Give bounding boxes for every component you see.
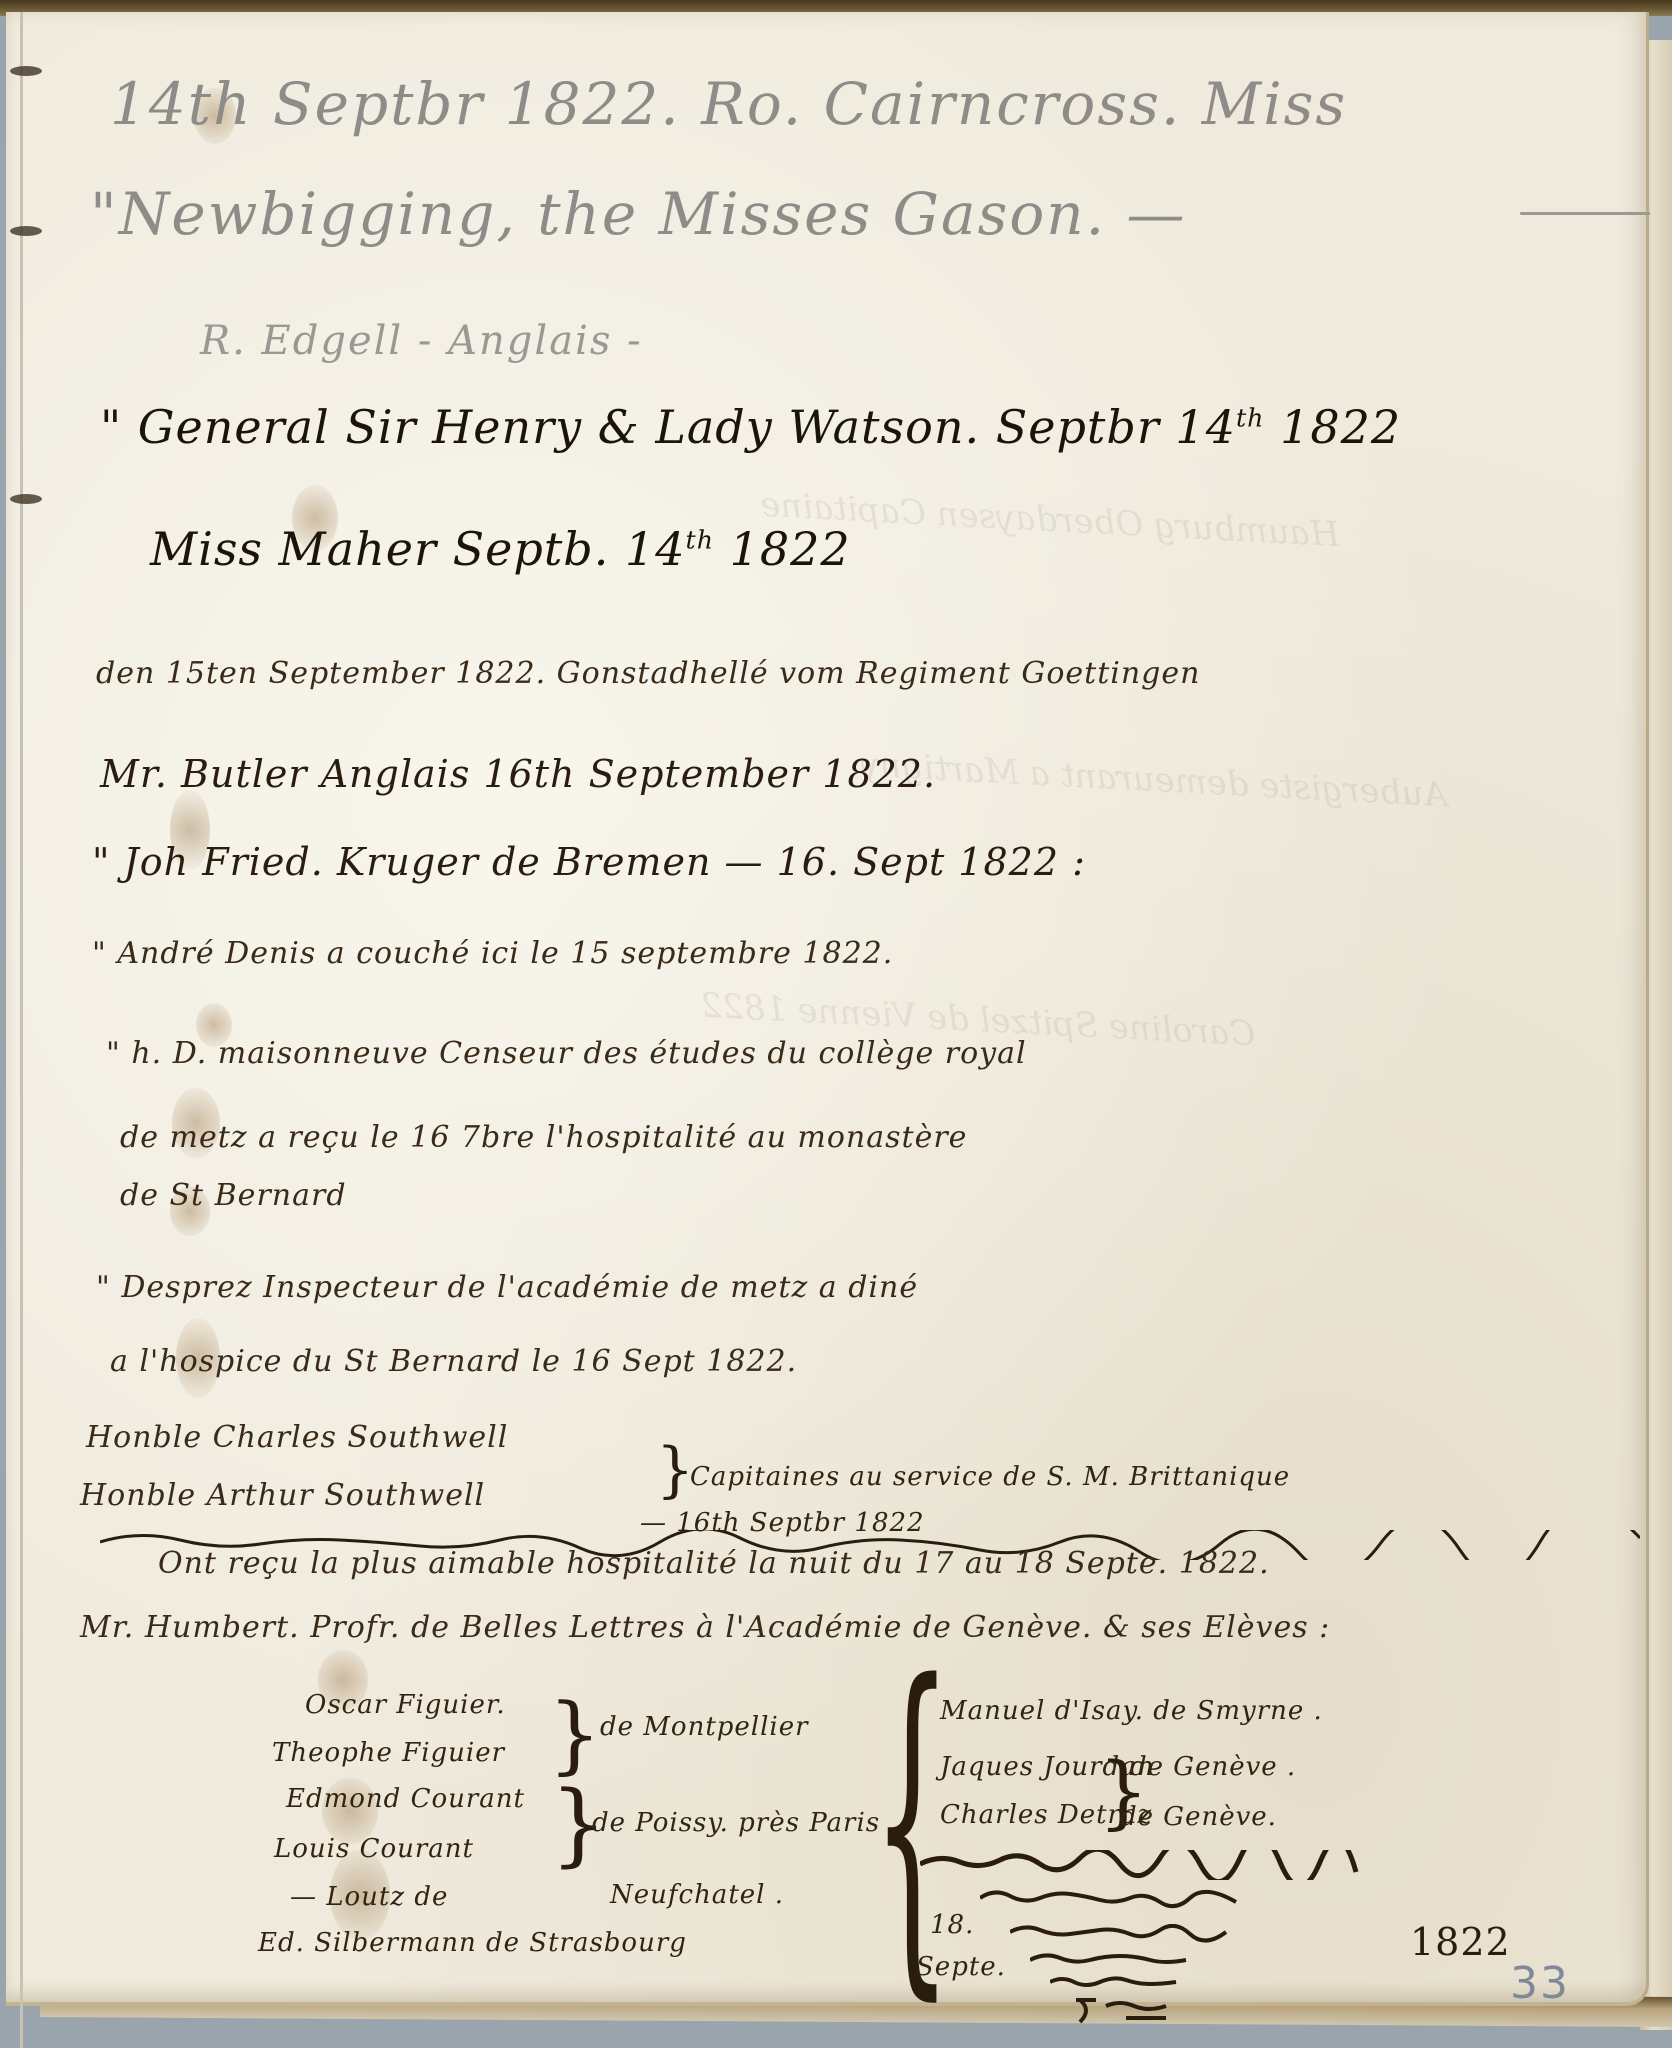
student-name: Edmond Courant bbox=[286, 1784, 525, 1814]
student-name: Louis Courant bbox=[274, 1834, 474, 1864]
student-origin: de Poissy. près Paris bbox=[592, 1808, 880, 1838]
wavy-flourish bbox=[1050, 1974, 1180, 1994]
entry-goettingen: den 15ten September 1822. Gonstadhellé v… bbox=[96, 656, 1200, 691]
entry-denis: " André Denis a couché ici le 15 septemb… bbox=[92, 936, 893, 971]
binding-stitch-hole bbox=[10, 66, 42, 76]
entry-watson-text: " General Sir Henry & Lady Watson. Septb… bbox=[100, 400, 1236, 454]
student-origin: de Genève. bbox=[1120, 1802, 1277, 1832]
page-number: 33 bbox=[1510, 1958, 1570, 2009]
brace: } bbox=[656, 1440, 694, 1500]
student-name: Oscar Figuier. bbox=[305, 1690, 506, 1720]
student-name: Theophe Figuier bbox=[272, 1738, 505, 1768]
closing-day: 18. bbox=[930, 1910, 974, 1940]
entry-maisonneuve-line2: de metz a reçu le 16 7bre l'hospitalité … bbox=[120, 1120, 967, 1155]
entry-maisonneuve-line3: de St Bernard bbox=[120, 1178, 347, 1213]
entry-humbert: Mr. Humbert. Profr. de Belles Lettres à … bbox=[80, 1610, 1330, 1645]
pencil-entry-gason: "Newbigging, the Misses Gason. — bbox=[90, 180, 1186, 248]
wavy-flourish bbox=[1070, 1996, 1180, 2028]
binding-stitch-hole bbox=[10, 494, 42, 504]
student-name: Manuel d'Isay. de Smyrne . bbox=[940, 1696, 1323, 1726]
entry-kruger: " Joh Fried. Kruger de Bremen — 16. Sept… bbox=[92, 840, 1086, 884]
wavy-flourish bbox=[1010, 1924, 1230, 1946]
student-origin: Neufchatel . bbox=[610, 1880, 784, 1910]
entry-southwell-arthur: Honble Arthur Southwell bbox=[80, 1478, 485, 1513]
entry-southwell-charles: Honble Charles Southwell bbox=[86, 1420, 508, 1455]
entry-maher-sup: th bbox=[686, 526, 714, 555]
entry-desprez-line2: a l'hospice du St Bernard le 16 Sept 182… bbox=[110, 1344, 797, 1379]
entry-watson-year: 1822 bbox=[1280, 400, 1401, 454]
student-origin: de Montpellier bbox=[600, 1712, 809, 1742]
student-name: — Loutz de bbox=[290, 1882, 448, 1912]
entry-watson-sup: th bbox=[1236, 404, 1264, 433]
closing-year: 1822 bbox=[1410, 1920, 1511, 1964]
wavy-flourish bbox=[1030, 1952, 1190, 1972]
entry-butler: Mr. Butler Anglais 16th September 1822. bbox=[100, 752, 936, 796]
entry-maisonneuve-line1: " h. D. maisonneuve Censeur des études d… bbox=[106, 1036, 1027, 1071]
entry-maher-year: 1822 bbox=[730, 522, 851, 576]
closing-month: Septe. bbox=[916, 1952, 1006, 1982]
pencil-entry-edgell: R. Edgell - Anglais - bbox=[200, 318, 643, 364]
pencil-dash bbox=[1520, 212, 1650, 215]
binding-stitch-hole bbox=[10, 226, 42, 236]
entry-hospitality: Ont reçu la plus aimable hospitalité la … bbox=[158, 1546, 1270, 1581]
wavy-flourish bbox=[920, 1850, 1360, 1880]
binding-gutter bbox=[20, 12, 23, 2048]
student-origin: de Genève . bbox=[1130, 1752, 1296, 1782]
entry-southwell-note: Capitaines au service de S. M. Brittaniq… bbox=[690, 1462, 1290, 1492]
pencil-entry-cairncross: 14th Septbr 1822. Ro. Cairncross. Miss bbox=[110, 70, 1347, 138]
entry-desprez-line1: " Desprez Inspecteur de l'académie de me… bbox=[96, 1270, 918, 1305]
wavy-flourish bbox=[980, 1888, 1240, 1912]
student-name: Ed. Silbermann de Strasbourg bbox=[258, 1928, 687, 1958]
entry-maher: Miss Maher Septb. 14th 1822 bbox=[150, 522, 851, 576]
entry-watson: " General Sir Henry & Lady Watson. Septb… bbox=[100, 400, 1401, 454]
brace: } bbox=[548, 1692, 601, 1776]
entry-maher-text: Miss Maher Septb. 14 bbox=[150, 522, 686, 576]
